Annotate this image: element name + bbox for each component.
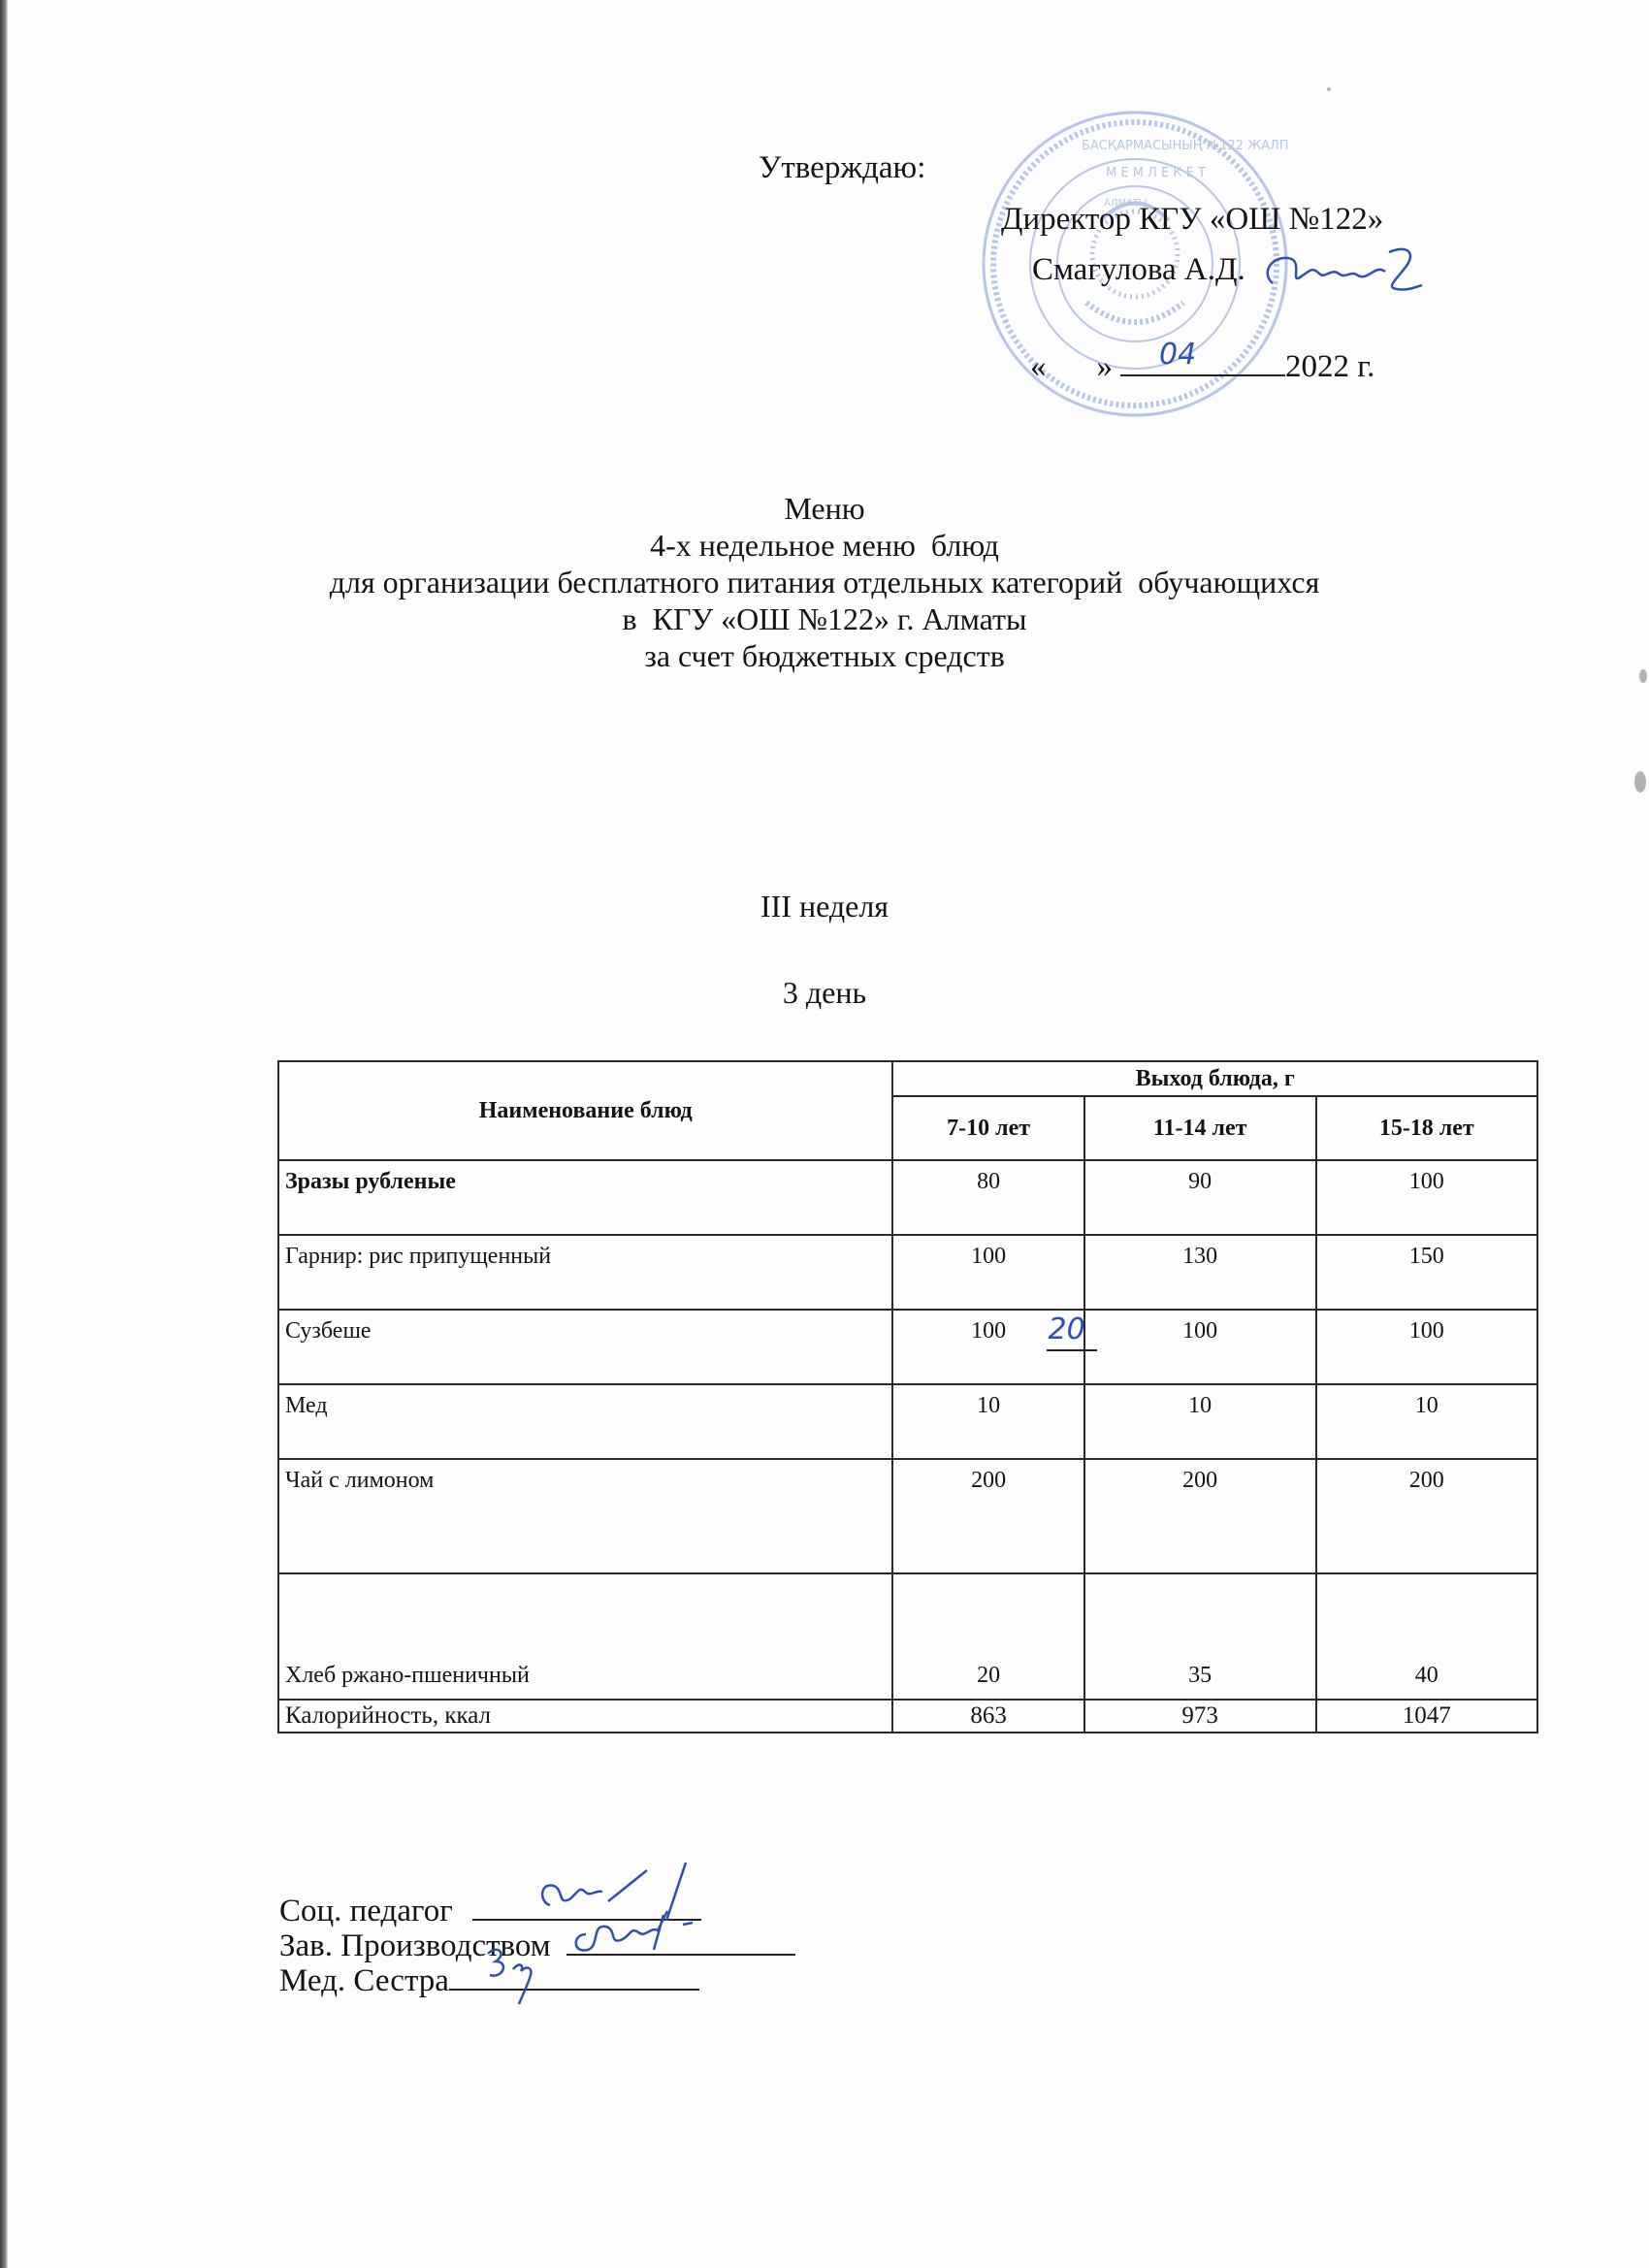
portion-value: 200 (1084, 1459, 1316, 1573)
director-name-text: Смагулова А.Д. (1032, 252, 1245, 287)
date-month-handwritten: 04 (1159, 338, 1196, 372)
total-label: Калорийность, ккал (278, 1700, 892, 1733)
dish-name: Чай с лимоном (278, 1459, 892, 1573)
portion-value: 10 (1084, 1384, 1316, 1459)
director-position: Директор КГУ «ОШ №122» (1001, 202, 1383, 238)
portion-value: 100 (1316, 1310, 1537, 1384)
portion-value: 90 (1084, 1160, 1316, 1235)
dish-name: Хлеб ржано-пшеничный (278, 1573, 892, 1700)
director-signature-icon (1261, 244, 1426, 297)
signature-line (449, 1961, 699, 1991)
scan-edge (0, 0, 8, 2268)
portion-value: 130 (1084, 1235, 1316, 1310)
table-row: Зразы рубленые 80 90 100 (278, 1160, 1537, 1235)
title-line: 4-х недельное меню блюд (0, 527, 1649, 564)
portion-value: 10 (892, 1384, 1083, 1459)
calorie-value: 863 (892, 1700, 1083, 1733)
portion-value: 100 (892, 1235, 1083, 1310)
dish-name: Зразы рубленые (278, 1160, 892, 1235)
scan-artifact (1327, 87, 1331, 91)
approval-label: Утверждаю: (759, 150, 925, 186)
portion-value: 150 (1316, 1235, 1537, 1310)
dish-name: Мед (278, 1384, 892, 1459)
date-quote-open: « (1030, 349, 1047, 384)
day-label: 3 день (0, 975, 1649, 1011)
svg-text:БАСҚАРМАСЫНЫҢ №122 ЖАЛПЫ: БАСҚАРМАСЫНЫҢ №122 ЖАЛПЫ (1082, 139, 1290, 153)
signature-role: Мед. Сестра (279, 1963, 449, 1998)
menu-table: Наименование блюд Выход блюда, г 7-10 ле… (277, 1060, 1538, 1733)
column-header-dish: Наименование блюд (278, 1061, 892, 1160)
date-quote-close: » (1097, 349, 1114, 384)
portion-value: 35 (1084, 1573, 1316, 1700)
column-header-age: 15-18 лет (1316, 1096, 1537, 1160)
title-line: для организации бесплатного питания отде… (0, 564, 1649, 600)
scan-artifact (1634, 771, 1646, 793)
column-header-age: 7-10 лет (892, 1096, 1083, 1160)
svg-text:М Е М Л Е К Е Т: М Е М Л Е К Е Т (1106, 166, 1206, 180)
portion-value: 40 (1316, 1573, 1537, 1700)
date-year: 2022 г. (1285, 349, 1374, 384)
dish-name: Гарнир: рис припущенный (278, 1235, 892, 1310)
portion-value: 200 (1316, 1459, 1537, 1573)
portion-value: 100 (1084, 1310, 1316, 1384)
week-label: III неделя (0, 889, 1649, 924)
signature-role: Соц. педагог (279, 1894, 453, 1928)
handwritten-signature-icon (566, 1905, 760, 1963)
portion-value: 200 (892, 1459, 1083, 1573)
column-header-portion: Выход блюда, г (892, 1061, 1537, 1096)
approval-date: «20»042022 г. (1030, 345, 1374, 385)
table-row-total: Калорийность, ккал 863 973 1047 (278, 1700, 1537, 1733)
portion-value: 80 (892, 1160, 1083, 1235)
portion-value: 20 (892, 1573, 1083, 1700)
calorie-value: 1047 (1316, 1700, 1537, 1733)
date-month-blank: 04 (1120, 345, 1285, 376)
portion-value: 100 (1316, 1160, 1537, 1235)
dish-name: Сузбеше (278, 1310, 892, 1384)
document-title: Меню 4-х недельное меню блюд для организ… (0, 490, 1649, 674)
director-name: Смагулова А.Д. (1032, 244, 1426, 297)
table-row: Мед 10 10 10 (278, 1384, 1537, 1459)
portion-value: 10 (1316, 1384, 1537, 1459)
table-row: Хлеб ржано-пшеничный 20 35 40 (278, 1573, 1537, 1700)
handwritten-signature-icon (478, 1940, 595, 2008)
signature-line (566, 1927, 795, 1956)
column-header-age: 11-14 лет (1084, 1096, 1316, 1160)
portion-value: 100 (892, 1310, 1083, 1384)
table-row: Гарнир: рис припущенный 100 130 150 (278, 1235, 1537, 1310)
title-line: в КГУ «ОШ №122» г. Алматы (0, 600, 1649, 637)
title-line: за счет бюджетных средств (0, 637, 1649, 674)
signature-nurse: Мед. Сестра (279, 1961, 699, 1999)
calorie-value: 973 (1084, 1700, 1316, 1733)
table-row: Чай с лимоном 200 200 200 (278, 1459, 1537, 1573)
table-row: Сузбеше 100 100 100 (278, 1310, 1537, 1384)
title-line: Меню (0, 490, 1649, 527)
